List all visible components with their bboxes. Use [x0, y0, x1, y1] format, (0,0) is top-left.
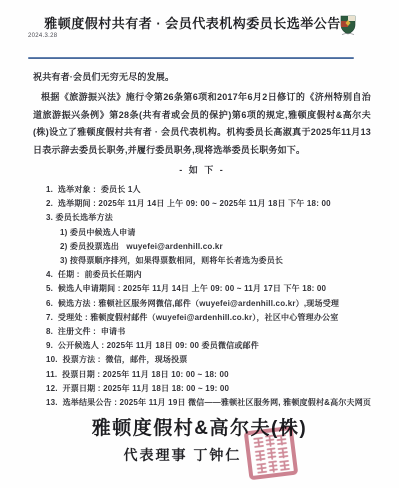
company-name: 雅顿度假村&高尔夫(株)	[0, 413, 399, 440]
list-item: 2. 选举期间 : 2025年 11月 14日 上午 09: 00 ~ 2025…	[46, 197, 393, 211]
document-body: 祝共有者·会员们无穷无尽的发展。 根据《旅游振兴法》施行令第26条第6项和201…	[0, 70, 399, 410]
section-divider: - 如 下 -	[33, 163, 371, 176]
list-item: 7. 受理处 : 雅顿度假村邮件（wuyefei@ardenhill.co.kr…	[46, 311, 393, 325]
document-date: 2024.3.28	[28, 33, 57, 39]
list-item: 12. 开票日期 : 2025年 11月 18日 18: 00 ~ 19: 00	[46, 382, 393, 396]
company-seal-icon	[243, 425, 299, 481]
announcement-list: 1. 选举对象 : 委员长 1人 2. 选举期间 : 2025年 11月 14日…	[33, 183, 393, 410]
list-item: 10. 投票方法 : 微信，邮件，现场投票	[46, 353, 393, 367]
list-item: 5. 候选人申请期间 : 2025年 11月 14日 上午 09: 00 ~ 1…	[46, 282, 393, 296]
list-item: 13. 选举结果公告 : 2025年 11月 19日 微信——雅顿社区服务网, …	[46, 396, 393, 410]
company-crest-icon	[339, 14, 357, 36]
list-item: 3. 委员长选举方法	[46, 211, 393, 225]
representative-name: 代表理事 丁钟仁	[0, 445, 399, 465]
list-subitem: 1) 委员中候选人申请	[60, 226, 393, 240]
list-item: 6. 候选方法 : 雅顿社区服务网微信,邮件（wuyefei@ardenhill…	[46, 297, 393, 311]
list-subitem: 2) 委员投票选出 wuyefei@ardenhill.co.kr	[60, 240, 393, 254]
list-subitem: 3) 按得票顺序排列，如果得票数相同，则将年长者选为委员长	[60, 254, 393, 268]
list-item: 11. 投票日期 : 2025年 11月 18日 10: 00 ~ 18: 00	[46, 368, 393, 382]
body-paragraph: 根据《旅游振兴法》施行令第26条第6项和2017年6月2日修订的《济州特别自治道…	[33, 89, 371, 159]
header-rule	[28, 57, 354, 59]
document-footer: 雅顿度假村&高尔夫(株) 代表理事 丁钟仁	[0, 413, 399, 465]
list-item: 4. 任期 : 前委员长任期内	[46, 268, 393, 282]
list-item: 1. 选举对象 : 委员长 1人	[46, 183, 393, 197]
list-item: 9. 公开候选人 : 2025年 11月 18日 09: 00 委员微信或邮件	[46, 339, 393, 353]
greeting-text: 祝共有者·会员们无穷无尽的发展。	[33, 70, 393, 83]
list-item: 8. 注册文件 : 申请书	[46, 325, 393, 339]
document-header: 雅顿度假村共有者 · 会员代表机构委员长选举公告 2024.3.28	[0, 0, 399, 46]
document-page: 雅顿度假村共有者 · 会员代表机构委员长选举公告 2024.3.28 祝共有者·…	[0, 0, 399, 488]
